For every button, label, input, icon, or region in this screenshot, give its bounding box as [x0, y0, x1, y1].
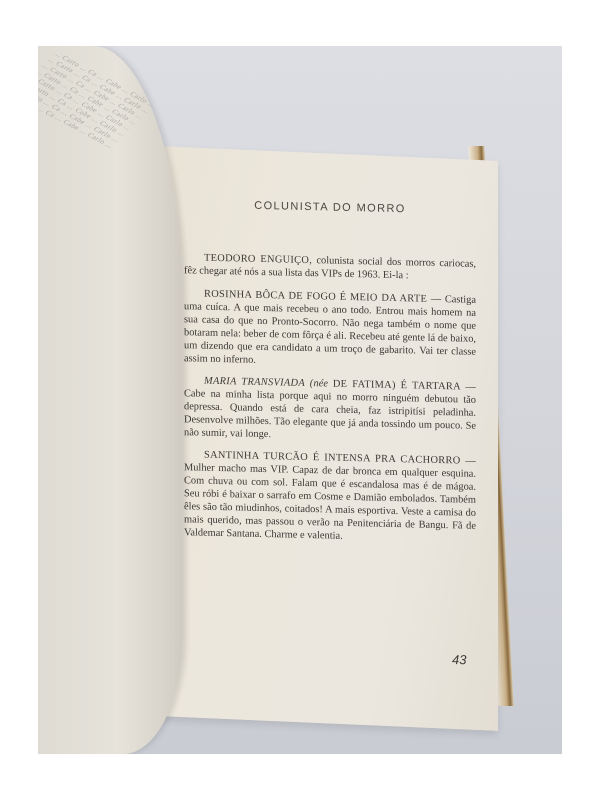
entry-paragraph: ROSINHA BÔCA DE FOGO É MEIO DA ARTE — Ca… [184, 287, 476, 372]
entry-text: Cabe na minha lista porque aqui no morro… [184, 388, 476, 440]
entry-heading-note: née [314, 378, 328, 389]
intro-name: TEODORO ENGUIÇO, [204, 253, 312, 266]
facing-page-text: ... Carto ... Ca ... Cabe ... Carlo ... … [38, 50, 173, 191]
entry-paragraph: MARIA TRANSVIADA (née DE FATIMA) É TARTA… [184, 374, 476, 446]
chapter-title: COLUNISTA DO MORRO [184, 198, 476, 218]
intro-paragraph: TEODORO ENGUIÇO, colunista social dos mo… [184, 251, 476, 284]
facing-page: ... Carto ... Ca ... Cabe ... Carlo ... … [38, 46, 183, 754]
entry-heading: MARIA TRANSVIADA ( [204, 376, 314, 389]
book-page: COLUNISTA DO MORRO TEODORO ENGUIÇO, colu… [158, 146, 498, 731]
entry-paragraph: SANTINHA TURCÃO É INTENSA PRA CACHORRO —… [184, 448, 476, 546]
book-photo: ... Carto ... Ca ... Cabe ... Carlo ... … [38, 46, 562, 754]
page-content: COLUNISTA DO MORRO TEODORO ENGUIÇO, colu… [184, 198, 476, 555]
entry-text: Mulher macho mas VIP. Capaz de dar bronc… [184, 462, 476, 542]
page-number: 43 [452, 652, 466, 667]
entry-heading-tail: DE FATIMA) É TARTARA — [328, 378, 476, 392]
